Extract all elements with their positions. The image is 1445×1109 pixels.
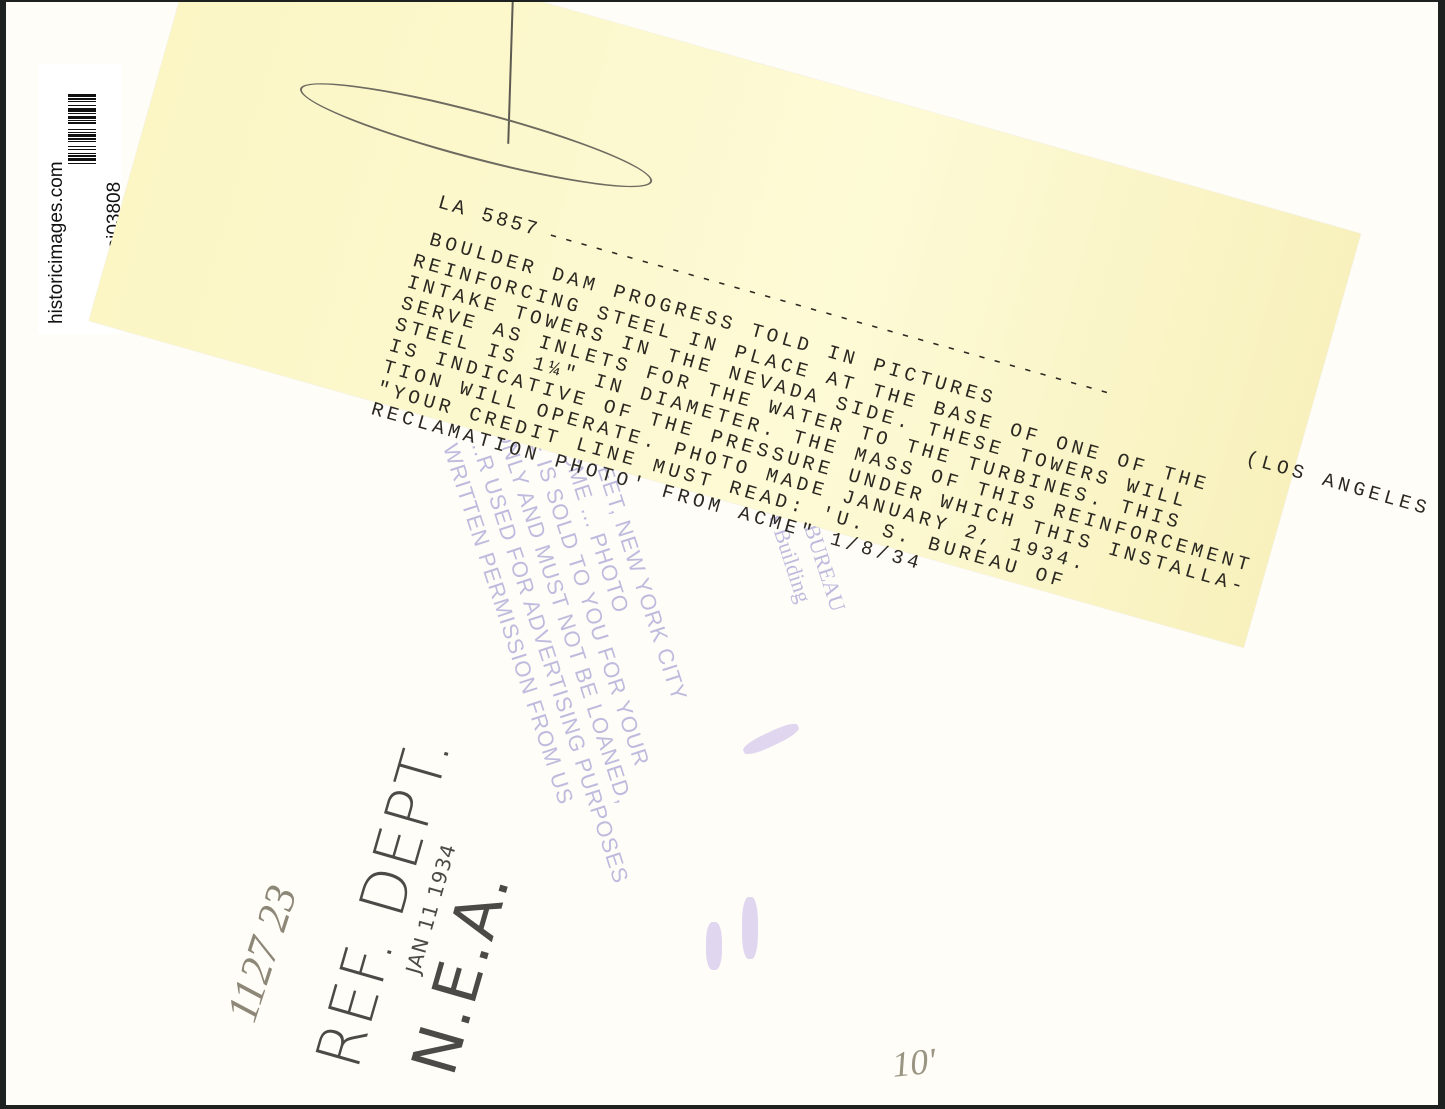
ink-smudge: [706, 922, 722, 970]
handwritten-mark: 10': [890, 1039, 938, 1085]
watermark-site: historicimages.com: [46, 161, 68, 324]
barcode-icon: [68, 94, 96, 282]
bureau-label: (LOS ANGELES BUREAU): [1243, 447, 1438, 555]
ref-dept-stamp: REF. DEPT. JAN 11 1934 N.E.A.: [306, 728, 552, 1100]
ink-smudge: [741, 720, 801, 758]
handwritten-ref-number: 1127 23: [216, 879, 308, 1028]
ink-smudge: [742, 897, 758, 959]
caption-slip: LA 5857 --------------------------------…: [89, 2, 1361, 647]
photo-back-sheet: historicimages.com nei03808 ...STREET, N…: [6, 2, 1438, 1105]
